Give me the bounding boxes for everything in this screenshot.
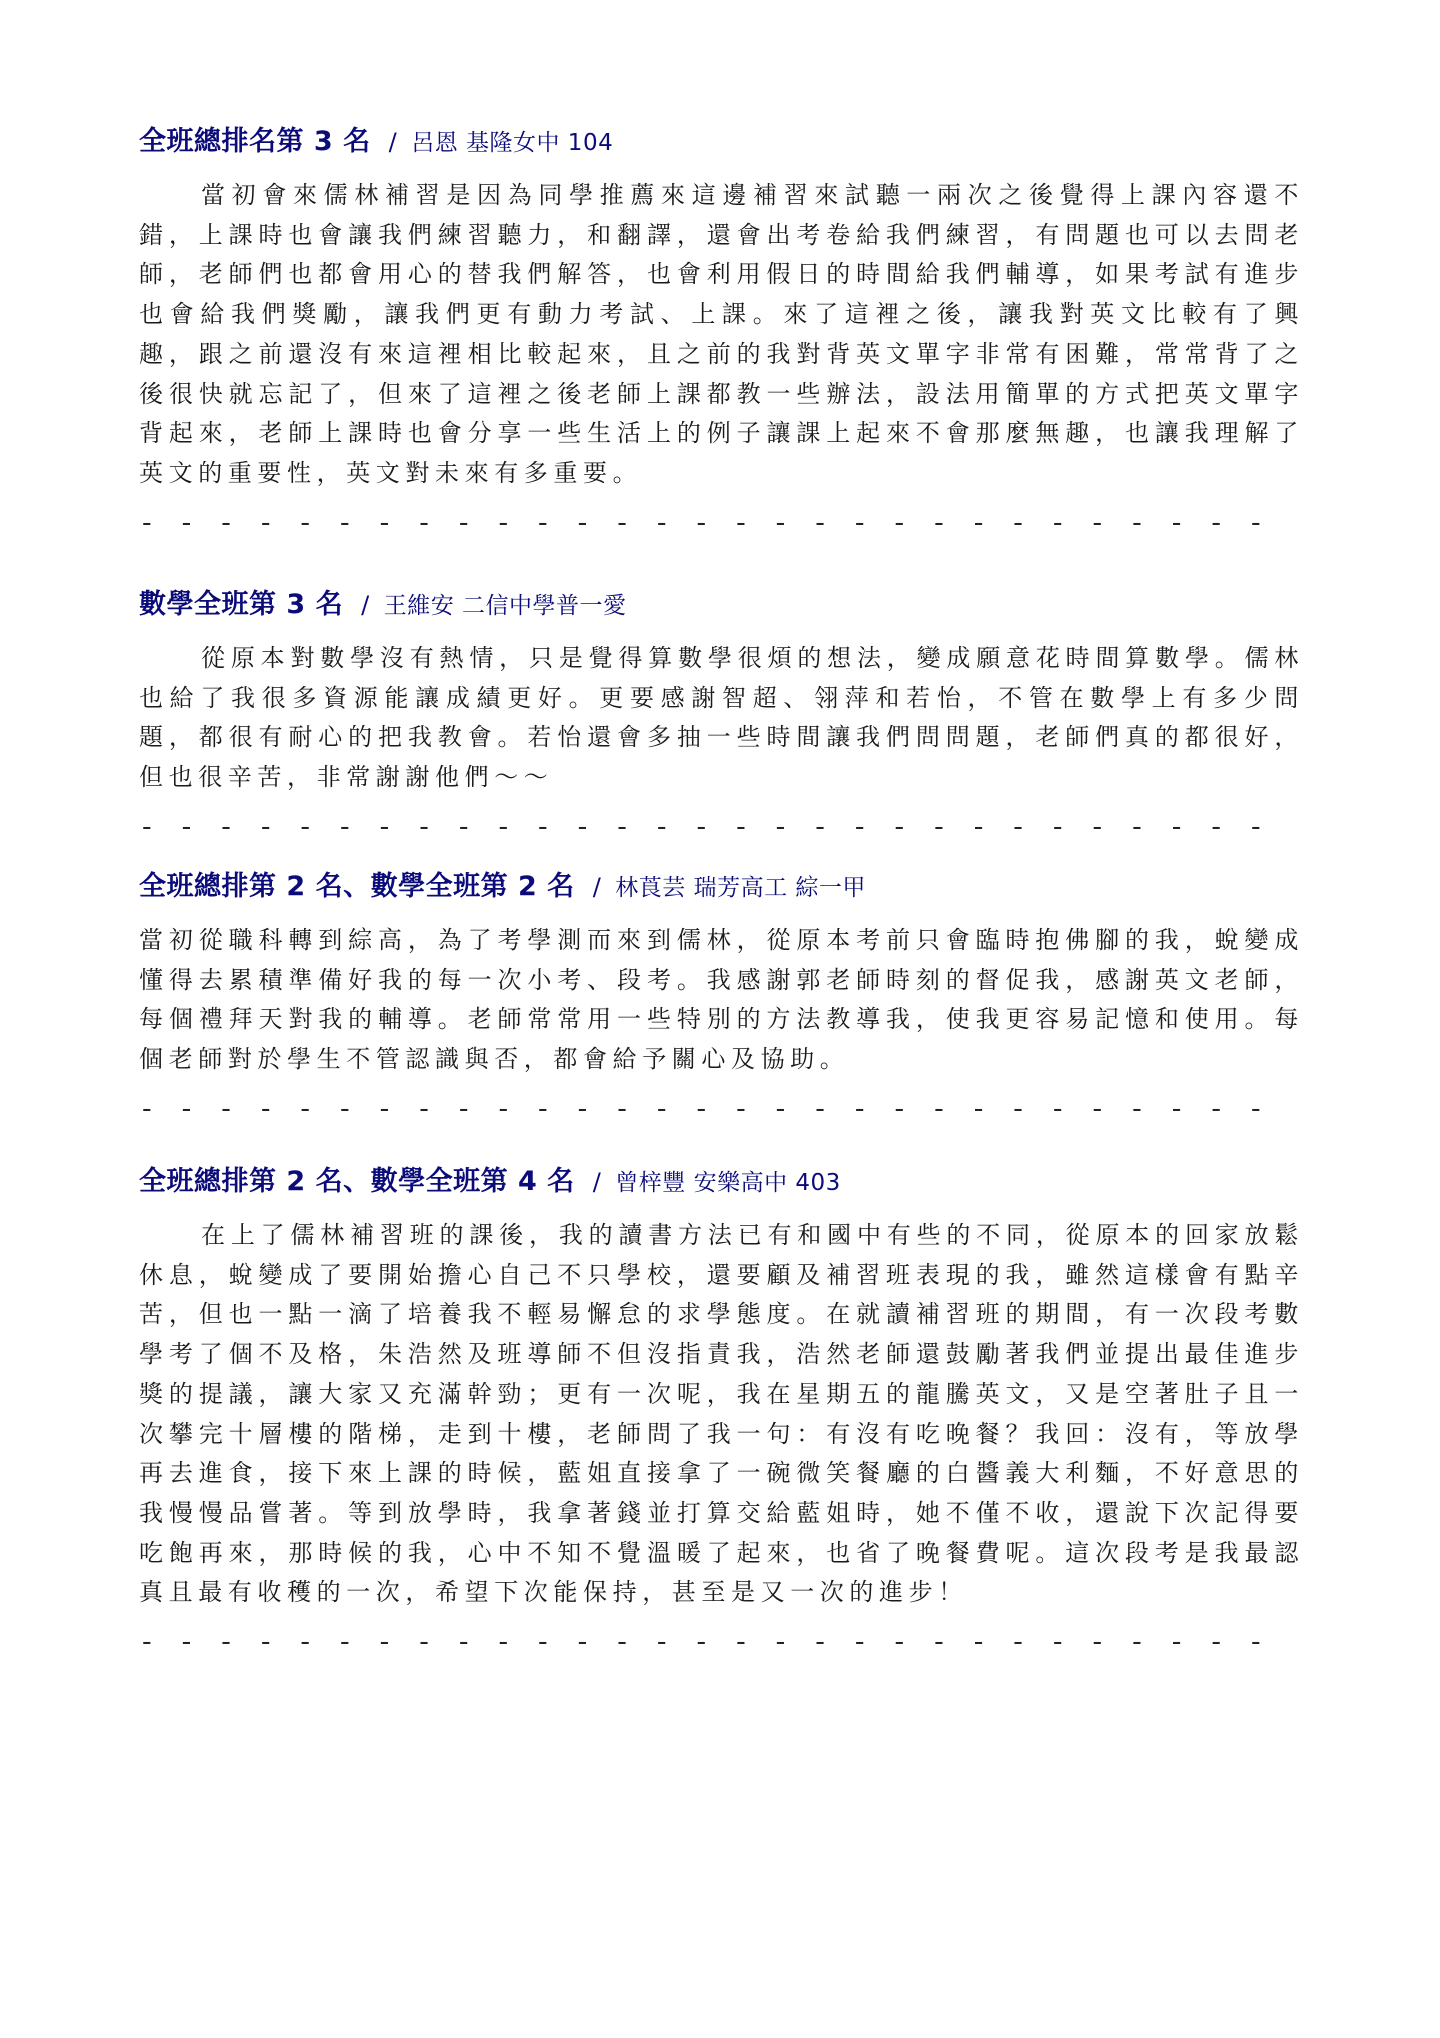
student-info: 呂恩 基隆女中 104 — [411, 130, 613, 156]
section-heading: 全班總排第 2 名、數學全班第 4 名/曾梓豐 安樂高中 403 — [139, 1162, 1304, 1202]
student-info: 林莨芸 瑞芳高工 綜一甲 — [615, 875, 866, 901]
heading-separator: / — [361, 591, 370, 619]
testimonial-text: 當初會來儒林補習是因為同學推薦來這邊補習來試聽一兩次之後覺得上課內容還不錯，上課… — [139, 176, 1304, 494]
rank-title: 全班總排名第 3 名 — [139, 126, 371, 157]
dashed-divider: - - - - - - - - - - - - - - - - - - - - … — [139, 1092, 1289, 1128]
testimonial-section: 數學全班第 3 名/王維安 二信中學普一愛 從原本對數學沒有熱情，只是覺得算數學… — [139, 585, 1304, 846]
testimonial-section: 全班總排第 2 名、數學全班第 4 名/曾梓豐 安樂高中 403 在上了儒林補習… — [139, 1162, 1304, 1661]
section-heading: 全班總排名第 3 名/呂恩 基隆女中 104 — [139, 122, 1304, 162]
section-heading: 數學全班第 3 名/王維安 二信中學普一愛 — [139, 585, 1304, 625]
dashed-divider: - - - - - - - - - - - - - - - - - - - - … — [139, 506, 1289, 542]
section-heading: 全班總排第 2 名、數學全班第 2 名/林莨芸 瑞芳高工 綜一甲 — [139, 867, 1304, 907]
testimonial-text: 從原本對數學沒有熱情，只是覺得算數學很煩的想法，變成願意花時間算數學。儒林也給了… — [139, 639, 1304, 798]
testimonial-section: 全班總排第 2 名、數學全班第 2 名/林莨芸 瑞芳高工 綜一甲 當初從職科轉到… — [139, 867, 1304, 1128]
heading-separator: / — [593, 873, 602, 901]
heading-separator: / — [593, 1168, 602, 1196]
rank-title: 全班總排第 2 名、數學全班第 4 名 — [139, 1166, 575, 1197]
dashed-divider: - - - - - - - - - - - - - - - - - - - - … — [139, 810, 1289, 846]
student-info: 王維安 二信中學普一愛 — [384, 593, 627, 619]
rank-title: 全班總排第 2 名、數學全班第 2 名 — [139, 871, 575, 902]
testimonial-text: 當初從職科轉到綜高，為了考學測而來到儒林，從原本考前只會臨時抱佛腳的我，蛻變成懂… — [139, 921, 1304, 1080]
testimonial-text: 在上了儒林補習班的課後，我的讀書方法已有和國中有些的不同，從原本的回家放鬆休息，… — [139, 1216, 1304, 1613]
rank-title: 數學全班第 3 名 — [139, 589, 343, 620]
dashed-divider: - - - - - - - - - - - - - - - - - - - - … — [139, 1625, 1289, 1661]
student-info: 曾梓豐 安樂高中 403 — [615, 1170, 841, 1196]
heading-separator: / — [389, 128, 398, 156]
testimonial-section: 全班總排名第 3 名/呂恩 基隆女中 104 當初會來儒林補習是因為同學推薦來這… — [139, 122, 1304, 542]
